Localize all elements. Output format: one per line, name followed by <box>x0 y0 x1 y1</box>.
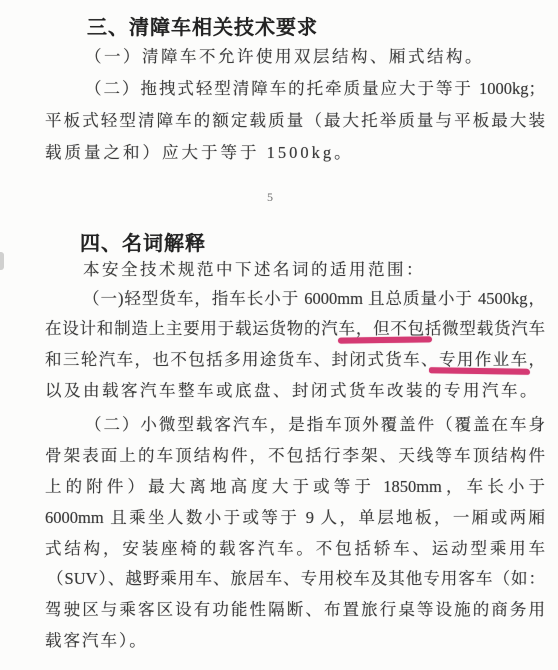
body-line: （二）拖拽式轻型清障车的托牵质量应大于等于 1000kg； <box>85 78 545 100</box>
body-line: （一)轻型货车，指车长小于 6000mm 且总质量小于 4500kg， <box>83 288 545 310</box>
page-number: 5 <box>0 190 540 205</box>
body-line: 式结构，安装座椅的载客汽车。不包括轿车、运动型乘用车 <box>45 538 545 560</box>
section-3-heading: 三、清障车相关技术要求 <box>87 11 318 40</box>
scan-smudge-artifact <box>0 252 4 270</box>
section-4-heading: 四、名词解释 <box>80 227 206 256</box>
body-line: 载质量之和）应大于等于 1500kg。 <box>45 142 354 164</box>
body-line: 上的附件）最大离地高度大于或等于 1850mm，车长小于 <box>45 476 545 498</box>
body-line: 载客汽车）。 <box>45 630 148 652</box>
body-line: 6000mm 且乘坐人数小于或等于 9 人，单层地板，一厢或两厢 <box>45 507 545 529</box>
pink-underline-mark-1 <box>338 336 432 343</box>
body-line: （一）清障车不允许使用双层结构、厢式结构。 <box>85 46 484 68</box>
body-line: （SUV）、越野乘用车、旅居车、专用校车及其他专用客车（如： <box>47 568 545 590</box>
body-line: 驾驶区与乘客区设有功能性隔断、布置旅行桌等设施的商务用 <box>45 599 545 621</box>
body-line: 以及由载客汽车整车或底盘、封闭式货车改装的专用汽车。 <box>45 380 539 402</box>
pink-underline-mark-2 <box>429 367 530 374</box>
body-line: 本安全技术规范中下述名词的适用范围： <box>83 259 425 281</box>
body-line: （二）小微型载客汽车，是指车顶外覆盖件（覆盖在车身 <box>85 414 545 436</box>
body-line: 骨架表面上的车顶结构件，不包括行李架、天线等车顶结构件 <box>45 445 545 467</box>
body-line: 平板式轻型清障车的额定载质量（最大托举质量与平板最大装 <box>45 110 545 132</box>
body-line: 在设计和制造上主要用于载运货物的汽车，但不包括微型载货汽车 <box>45 318 545 340</box>
document-page: 三、清障车相关技术要求 （一）清障车不允许使用双层结构、厢式结构。 （二）拖拽式… <box>0 0 558 670</box>
